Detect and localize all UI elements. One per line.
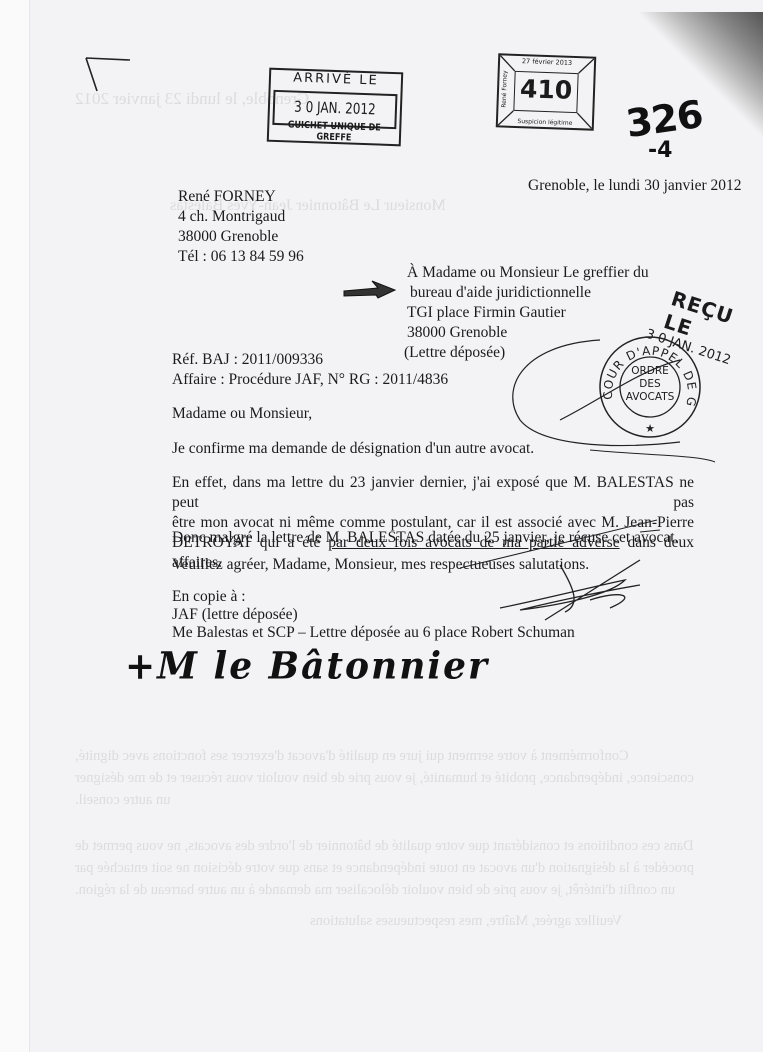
sender-address: 4 ch. Montrigaud bbox=[178, 207, 285, 227]
ordre-line: ORDRE bbox=[622, 365, 678, 378]
ordre-inner-text: ORDRE DES AVOCATS bbox=[622, 365, 678, 404]
sender-name: René FORNEY bbox=[178, 187, 276, 207]
stamp-410: 27 février 2013 410 René Forney Suspicio… bbox=[496, 53, 597, 130]
copies-line: Me Balestas et SCP – Lettre déposée au 6… bbox=[172, 623, 575, 643]
ordre-line: AVOCATS bbox=[622, 391, 678, 404]
reference-baj: Réf. BAJ : 2011/009336 bbox=[172, 350, 323, 370]
stamp-410-side: René Forney bbox=[501, 70, 509, 108]
recipient-line: 38000 Grenoble bbox=[407, 323, 507, 343]
bleed-through-line: conscience, indépendance, probité et hum… bbox=[75, 767, 694, 789]
ordre-line: DES bbox=[622, 378, 678, 391]
recipient-line: TGI place Firmin Gautier bbox=[407, 303, 566, 323]
sender-phone: Tél : 06 13 84 59 96 bbox=[178, 247, 304, 267]
body-paragraph-3: Donc malgré la lettre de M. BALESTAS dat… bbox=[172, 528, 678, 548]
bleed-through-line: Conformément à votre serment qui jure en… bbox=[75, 745, 629, 767]
recipient-line: À Madame ou Monsieur Le greffier du bbox=[407, 263, 649, 283]
body-line: En effet, dans ma lettre du 23 janvier d… bbox=[172, 473, 694, 513]
sender-city: 38000 Grenoble bbox=[178, 227, 278, 247]
bleed-through-line: un autre conseil. bbox=[75, 789, 170, 811]
stamp-date: 3 0 JAN. 2012 bbox=[281, 97, 389, 119]
copies-line: JAF (lettre déposée) bbox=[172, 605, 298, 625]
recipient-line: (Lettre déposée) bbox=[404, 343, 505, 363]
salutation: Madame ou Monsieur, bbox=[172, 404, 312, 424]
arrive-le-stamp: ARRIVÉ LE 3 0 JAN. 2012 GUICHET UNIQUE D… bbox=[267, 68, 404, 147]
bleed-through-line: un conflit d'intérêt, je vous prie de bi… bbox=[75, 879, 675, 901]
stamp-410-number: 410 bbox=[499, 73, 594, 105]
star-icon: ★ bbox=[645, 423, 655, 435]
body-paragraph-4: Veuillez agréer, Madame, Monsieur, mes r… bbox=[172, 555, 589, 575]
stamp-footer: GUICHET UNIQUE DE GREFFE bbox=[277, 119, 392, 145]
recipient-line: bureau d'aide juridictionnelle bbox=[410, 283, 591, 303]
copies-heading: En copie à : bbox=[172, 587, 246, 607]
bleed-through-line: procéder à la désignation d'un avocat en… bbox=[75, 857, 694, 879]
handwritten-number-suffix: -4 bbox=[648, 138, 672, 163]
bleed-through-line: Dans ces conditions et considérant que v… bbox=[75, 835, 694, 857]
date-line: Grenoble, le lundi 30 janvier 2012 bbox=[528, 176, 742, 196]
body-paragraph-1: Je confirme ma demande de désignation d'… bbox=[172, 439, 534, 459]
bleed-through-line: Veuillez agréer, Maître, mes respectueus… bbox=[310, 910, 622, 932]
reference-affaire: Affaire : Procédure JAF, N° RG : 2011/48… bbox=[172, 370, 448, 390]
handwritten-note: +M le Bâtonnier bbox=[125, 644, 489, 688]
scan-edge bbox=[0, 0, 30, 1052]
